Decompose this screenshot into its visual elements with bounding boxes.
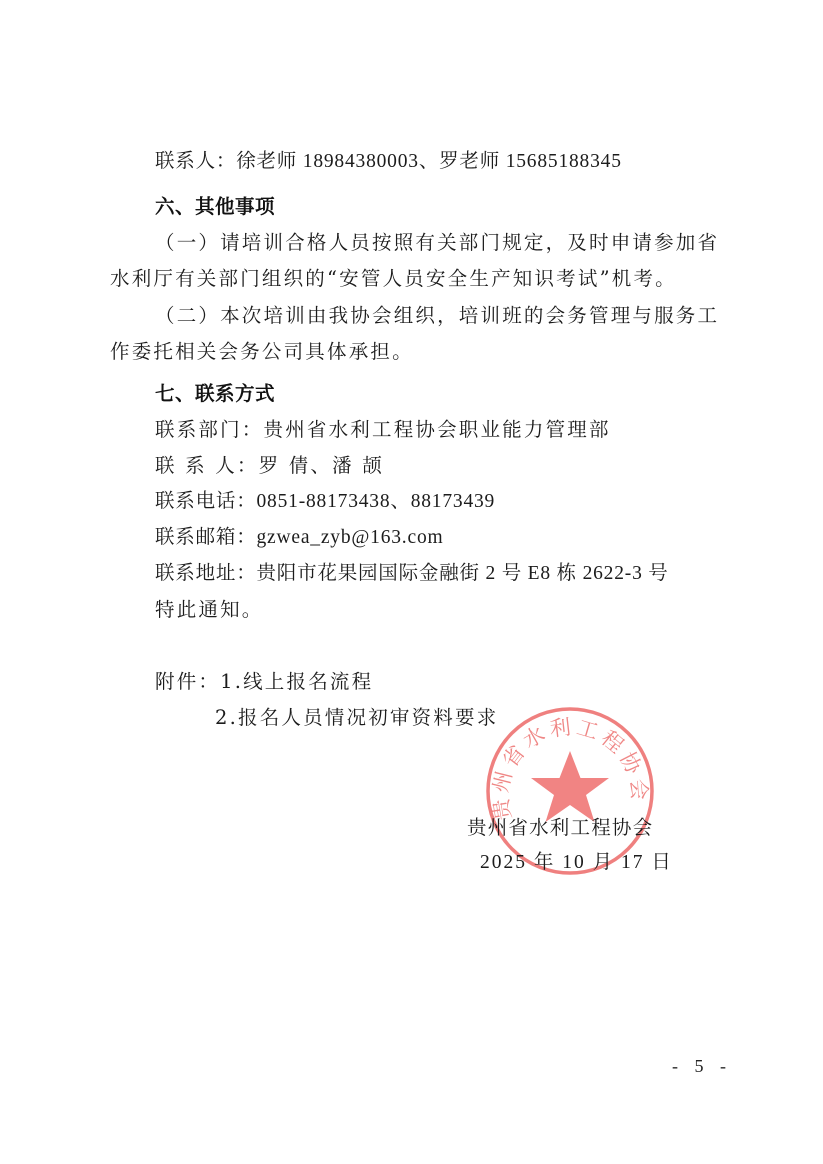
attachment-1: 附件：1.线上报名流程 bbox=[155, 670, 373, 694]
page-number: - 5 - bbox=[672, 1056, 732, 1077]
item-1-line-1: （一）请培训合格人员按照有关部门规定，及时申请参加省 bbox=[155, 231, 719, 255]
section-7-heading: 七、联系方式 bbox=[155, 382, 275, 406]
contact-email: 联系邮箱：gzwea_zyb@163.com bbox=[155, 526, 443, 550]
item-2-line-1: （二）本次培训由我协会组织，培训班的会务管理与服务工 bbox=[155, 304, 719, 328]
section-6-heading: 六、其他事项 bbox=[155, 195, 275, 219]
item-2-line-2: 作委托相关会务公司具体承担。 bbox=[110, 340, 414, 364]
contact-phone: 联系电话：0851-88173438、88173439 bbox=[155, 490, 495, 514]
contact-person-line: 联系人：徐老师 18984380003、罗老师 15685188345 bbox=[155, 150, 622, 174]
signature-organization: 贵州省水利工程协会 bbox=[467, 816, 653, 840]
closing-text: 特此通知。 bbox=[155, 598, 264, 622]
contact-people: 联 系 人：罗 倩、潘 颉 bbox=[155, 454, 384, 478]
contact-department: 联系部门：贵州省水利工程协会职业能力管理部 bbox=[155, 418, 611, 442]
signature-date: 2025 年 10 月 17 日 bbox=[480, 851, 673, 875]
item-1-line-2: 水利厅有关部门组织的“安管人员安全生产知识考试”机考。 bbox=[110, 267, 677, 291]
contact-address: 联系地址：贵阳市花果园国际金融街 2 号 E8 栋 2622-3 号 bbox=[155, 562, 669, 586]
attachment-2: 2.报名人员情况初审资料要求 bbox=[215, 706, 498, 730]
